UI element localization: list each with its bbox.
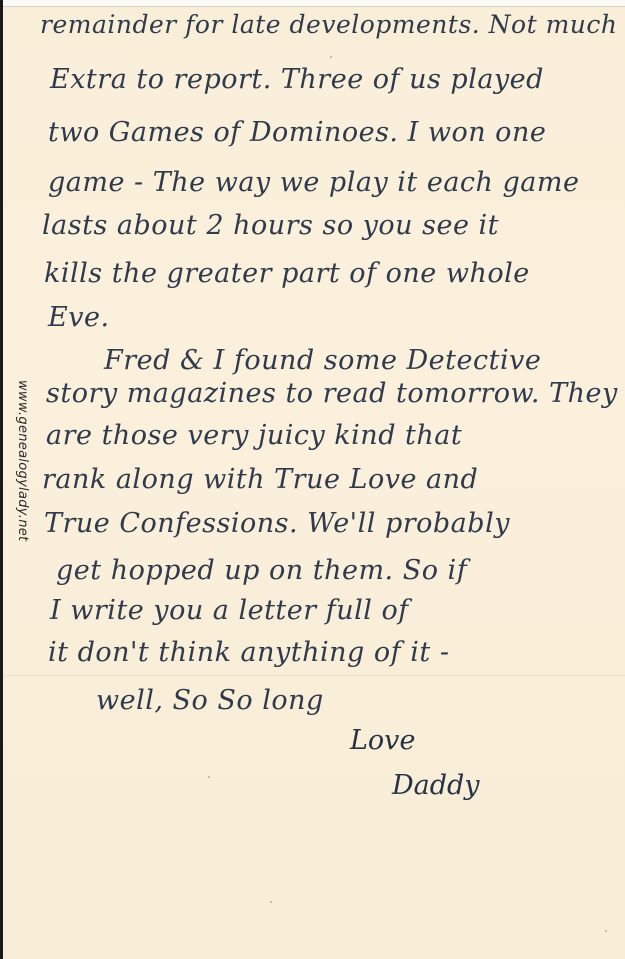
paper-speck [270,901,272,903]
letter-line-4: game - The way we play it each game [48,167,579,198]
letter-line-13: get hopped up on them. So if [56,555,467,586]
paper-speck [605,930,607,932]
letter-line-1: remainder for late developments. Not muc… [40,10,618,39]
paper-speck [330,56,332,58]
letter-line-2: Extra to report. Three of us played [50,64,544,95]
letter-line-10: are those very juicy kind that [46,420,462,451]
paper-speck [208,776,210,778]
letter-line-3: two Games of Dominoes. I won one [48,117,546,148]
letter-line-7: Eve. [48,302,110,333]
letter-line-6: kills the greater part of one whole [44,258,530,289]
scanned-letter-page: www.genealogylady.net remainder for late… [0,0,625,959]
letter-line-8: Fred & I found some Detective [104,345,541,376]
letter-line-11: rank along with True Love and [42,464,478,495]
watermark: www.genealogylady.net [6,380,30,610]
letter-line-16: well, So So long [96,685,324,716]
letter-line-15: it don't think anything of it - [48,637,449,668]
paper-fold-line [3,675,625,677]
scan-top-margin [0,0,625,7]
letter-line-5: lasts about 2 hours so you see it [42,210,499,241]
scan-left-edge [0,0,3,959]
letter-line-12: True Confessions. We'll probably [44,508,510,539]
letter-line-9: story magazines to read tomorrow. They [46,378,618,409]
letter-closing: Love [350,725,415,756]
letter-line-14: I write you a letter full of [50,595,409,626]
letter-signature: Daddy [392,770,480,801]
